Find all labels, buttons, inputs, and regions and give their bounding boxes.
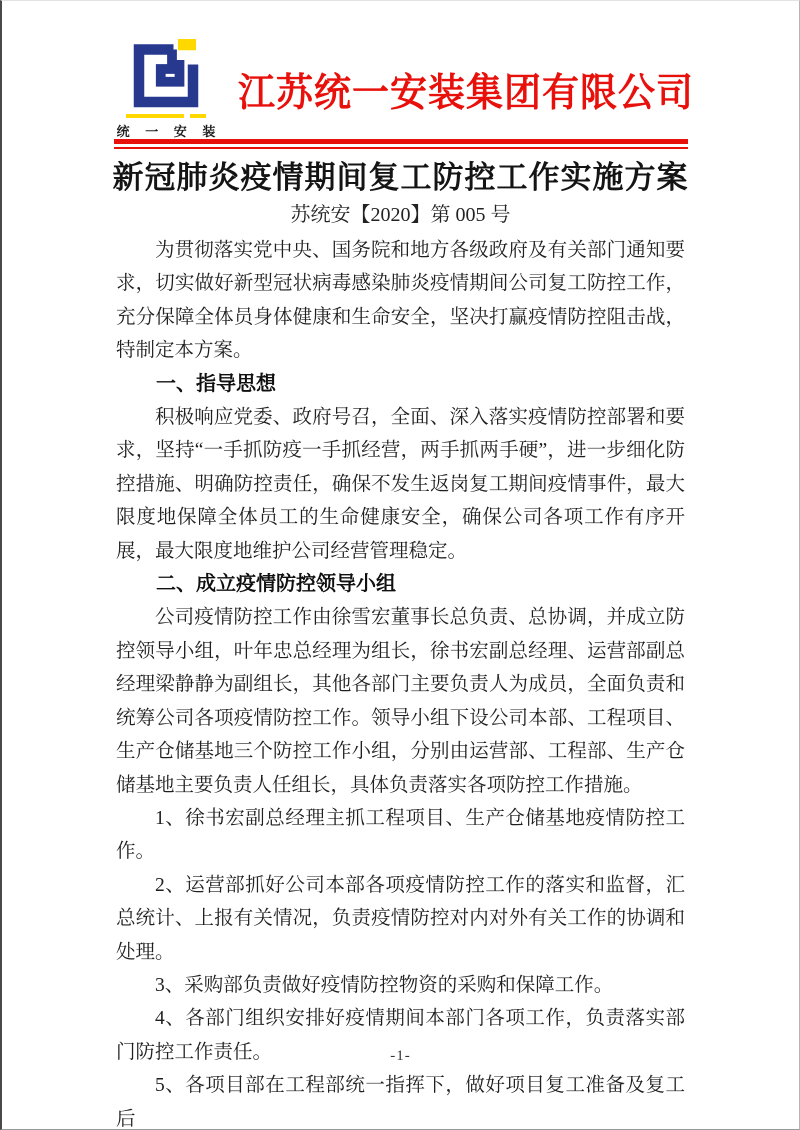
logo-underline: [126, 114, 206, 118]
company-name: 江苏统一安装集团有限公司: [238, 60, 694, 117]
company-logo: 统 一 安 装: [118, 39, 214, 140]
divider-thin-line: [114, 147, 688, 149]
logo-underline-segment: [126, 114, 184, 118]
body-paragraph: 3、采购部负责做好疫情防控物资的采购和保障工作。: [116, 969, 685, 1002]
body-paragraph: 为贯彻落实党中央、国务院和地方各级政府及有关部门通知要求，切实做好新型冠状病毒感…: [116, 234, 685, 368]
logo-underline-segment: [190, 114, 206, 118]
body-paragraph: 积极响应党委、政府号召，全面、深入落实疫情防控部署和要求，坚持“一手抓防疫一手抓…: [116, 401, 685, 568]
body-paragraph: 5、各项目部在工程部统一指挥下，做好项目复工准备及复工后: [116, 1069, 685, 1130]
body-paragraph: 公司疫情防控工作由徐雪宏董事长总负责、总协调，并成立防控领导小组，叶年忠总经理为…: [116, 601, 685, 801]
logo-accent-square: [178, 39, 196, 50]
divider-thick-line: [114, 139, 688, 144]
section-heading: 一、指导思想: [116, 368, 685, 401]
header-divider: [114, 139, 688, 149]
document-page: 统 一 安 装 江苏统一安装集团有限公司 新冠肺炎疫情期间复工防控工作实施方案 …: [0, 0, 800, 1130]
body-paragraph: 2、运营部抓好公司本部各项疫情防控工作的落实和监督，汇总统计、上报有关情况，负责…: [116, 869, 685, 969]
letterhead: 统 一 安 装 江苏统一安装集团有限公司: [2, 1, 799, 137]
body-paragraph: 1、徐书宏副总经理主抓工程项目、生产仓储基地疫情防控工作。: [116, 802, 685, 869]
document-number: 苏统安【2020】第 005 号: [2, 200, 799, 230]
page-number: -1-: [2, 1048, 799, 1065]
document-body: 为贯彻落实党中央、国务院和地方各级政府及有关部门通知要求，切实做好新型冠状病毒感…: [2, 230, 799, 1130]
section-heading: 二、成立疫情防控领导小组: [116, 568, 685, 601]
logo-caption: 统 一 安 装: [111, 121, 222, 140]
logo-outer-spiral: [139, 49, 193, 102]
logo-mark-icon: [127, 39, 205, 111]
document-title: 新冠肺炎疫情期间复工防控工作实施方案: [2, 158, 799, 198]
